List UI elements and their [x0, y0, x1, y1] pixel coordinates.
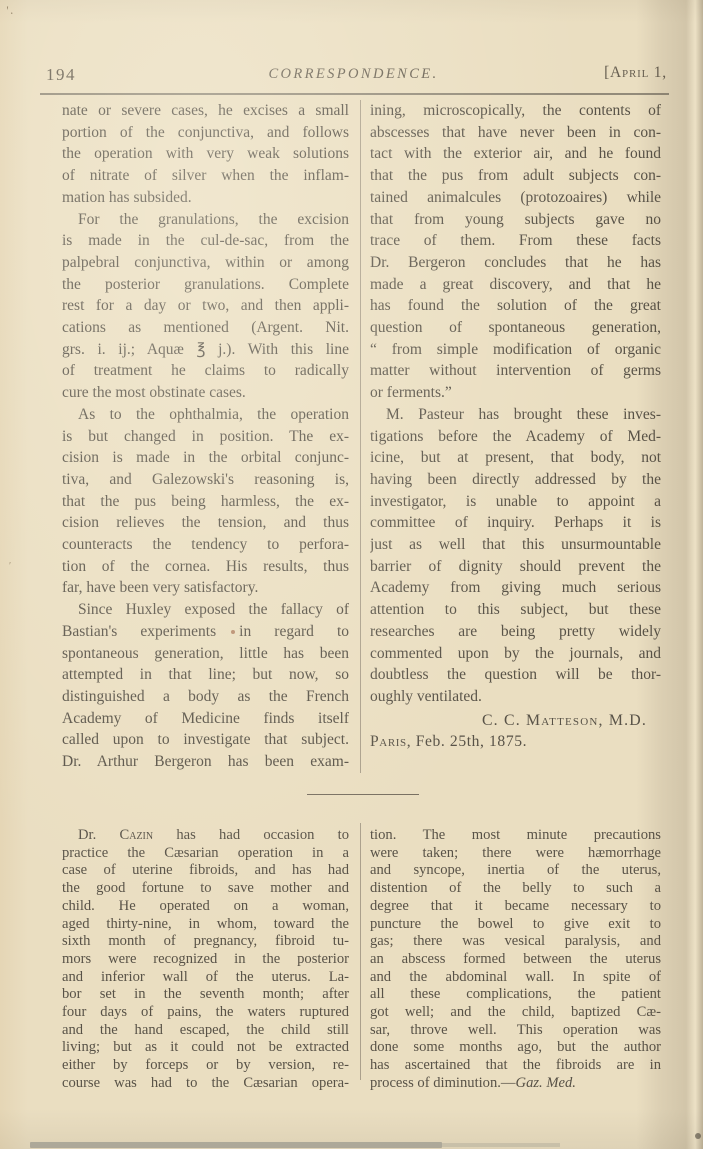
text-line: Academy from giving much serious	[370, 577, 661, 599]
text-line: bor set in the seventh month; after	[62, 986, 349, 1004]
text-line: far, have been very satisfactory.	[62, 577, 349, 599]
text-line: Dr. Cazin has had occasion to	[62, 827, 349, 845]
text-line: distention of the belly to such a	[370, 880, 661, 898]
small-caps-text: Cazin	[119, 827, 153, 843]
text-line: mation has subsided.	[62, 187, 349, 209]
text-line: nate or severe cases, he excises a small	[62, 100, 349, 122]
text-line: aged thirty-nine, in whom, toward the	[62, 916, 349, 934]
section-title: CORRESPONDENCE.	[40, 66, 667, 83]
text-line: done some months ago, but the author	[370, 1039, 661, 1057]
text-line: grs. i. ij.; Aquæ ℥ j.). With this line	[62, 339, 349, 361]
text-line: As to the ophthalmia, the operation	[62, 404, 349, 426]
top-right-column: ining, microscopically, the contents ofa…	[370, 100, 661, 753]
text-line: icine, but at present, that body, not	[370, 447, 661, 469]
text-line: course was had to the Cæsarian opera-	[62, 1075, 349, 1093]
text-line: commented upon by the journals, and	[370, 643, 661, 665]
text-line: four days of pains, the waters ruptured	[62, 1004, 349, 1022]
header-rule	[40, 93, 669, 95]
text-line: oughly ventilated.	[370, 686, 661, 708]
scan-edge-bar	[30, 1142, 442, 1148]
section-divider-rule	[307, 794, 419, 795]
text-line: the operation with very weak solutions	[62, 143, 349, 165]
text-line: tigations before the Academy of Med-	[370, 426, 661, 448]
column-divider-top	[360, 100, 361, 773]
text-line: either by forceps or by version, re-	[62, 1057, 349, 1075]
scan-corner-speck	[695, 1133, 701, 1139]
text-line: M. Pasteur has brought these inves-	[370, 404, 661, 426]
signature-dateline: Paris, Feb. 25th, 1875.	[370, 731, 661, 753]
text-line: and the hand escaped, the child still	[62, 1022, 349, 1040]
text-line: just as well that this unsurmountable	[370, 534, 661, 556]
ink-speck	[231, 630, 235, 634]
text-line: Academy of Medicine finds itself	[62, 708, 349, 730]
text-line: called upon to investigate that subject.	[62, 729, 349, 751]
margin-mark: ʹ	[9, 561, 11, 572]
paragraph: M. Pasteur has brought these inves-tigat…	[370, 404, 661, 708]
text-line: matter without intervention of germs	[370, 360, 661, 382]
text-line: has ascertained that the fibroids are in	[370, 1057, 661, 1075]
text-line: portion of the conjunctiva, and follows	[62, 122, 349, 144]
text-line: that the pus from adult subjects con-	[370, 165, 661, 187]
text-line: got well; and the child, baptized Cæ-	[370, 1004, 661, 1022]
text-line: and inferior wall of the uterus. La-	[62, 969, 349, 987]
text-line: palpebral conjunctiva, within or among	[62, 252, 349, 274]
paragraph: For the granulations, the excisionis mad…	[62, 209, 349, 404]
text-line: question of spontaneous generation,	[370, 317, 661, 339]
paragraph: As to the ophthalmia, the operationis bu…	[62, 404, 349, 599]
text-line: “ from simple modification of organic	[370, 339, 661, 361]
text-line: degree that it became necessary to	[370, 898, 661, 916]
text-line: Bastian's experiments in regard to	[62, 621, 349, 643]
journal-page: ʹ. 194 CORRESPONDENCE. [April 1, nate or…	[0, 0, 703, 1149]
issue-date: [April 1,	[604, 64, 667, 82]
text-line: is but changed in position. The ex-	[62, 426, 349, 448]
text-line: mors were recognized in the posterior	[62, 951, 349, 969]
paragraph: nate or severe cases, he excises a small…	[62, 100, 349, 209]
text-line: of treatment he claims to radically	[62, 360, 349, 382]
text-line: ining, microscopically, the contents of	[370, 100, 661, 122]
italic-text: Gaz. Med.	[516, 1075, 576, 1091]
text-line: Dr. Arthur Bergeron has been exam-	[62, 751, 349, 773]
text-line: rest for a day or two, and then appli-	[62, 295, 349, 317]
text-line: is made in the cul-de-sac, from the	[62, 230, 349, 252]
text-line: spontaneous generation, little has been	[62, 643, 349, 665]
text-line: cision relieves the tension, and thus	[62, 512, 349, 534]
text-line: the good fortune to save mother and	[62, 880, 349, 898]
text-line: doubtless the question will be thor-	[370, 664, 661, 686]
text-line: tact with the exterior air, and he found	[370, 143, 661, 165]
text-line: were taken; there were hæmorrhage	[370, 845, 661, 863]
text-line: the posterior granulations. Complete	[62, 274, 349, 296]
text-line: made a great discovery, and that he	[370, 274, 661, 296]
text-line: process of diminution.—Gaz. Med.	[370, 1075, 661, 1093]
text-line: sar, throve well. This operation was	[370, 1022, 661, 1040]
text-line: For the granulations, the excision	[62, 209, 349, 231]
scan-edge-bar-faint	[442, 1143, 560, 1147]
text-line: that from young subjects gave no	[370, 209, 661, 231]
text-line: that the pus being harmless, the ex-	[62, 491, 349, 513]
bottom-right-column: tion. The most minute precautionswere ta…	[370, 827, 661, 1093]
text-line: living; but as it could not be extracted	[62, 1039, 349, 1057]
text-line: and syncope, inertia of the uterus,	[370, 862, 661, 880]
text-line: Since Huxley exposed the fallacy of	[62, 599, 349, 621]
text-line: distinguished a body as the French	[62, 686, 349, 708]
text-line: having been directly addressed by the	[370, 469, 661, 491]
text-line: tiva, and Galezowski's reasoning is,	[62, 469, 349, 491]
top-left-column: nate or severe cases, he excises a small…	[62, 100, 349, 773]
text-line: child. He operated on a woman,	[62, 898, 349, 916]
column-divider-bottom	[360, 823, 361, 1080]
text-line: sixth month of pregnancy, fibroid tu-	[62, 933, 349, 951]
text-line: all these complications, the patient	[370, 986, 661, 1004]
text-line: attempted in that line; but now, so	[62, 664, 349, 686]
text-line: cision is made in the orbital conjunc-	[62, 447, 349, 469]
text-line: investigator, is unable to appoint a	[370, 491, 661, 513]
paragraph: Since Huxley exposed the fallacy ofBasti…	[62, 599, 349, 773]
text-line: cations as mentioned (Argent. Nit.	[62, 317, 349, 339]
signature: C. C. Matteson, M.D.	[370, 710, 661, 732]
stray-ink-mark: ʹ.	[6, 3, 15, 19]
text-line: tion. The most minute precautions	[370, 827, 661, 845]
text-line: or ferments.”	[370, 382, 661, 404]
text-line: tained animalcules (protozoaires) while	[370, 187, 661, 209]
text-line: Dr. Bergeron concludes that he has	[370, 252, 661, 274]
text-line: attention to this subject, but these	[370, 599, 661, 621]
text-line: counteracts the tendency to perfora-	[62, 534, 349, 556]
text-line: of nitrate of silver when the inflam-	[62, 165, 349, 187]
text-line: abscesses that have never been in con-	[370, 122, 661, 144]
text-line: and the abdominal wall. In spite of	[370, 969, 661, 987]
text-line: committee of inquiry. Perhaps it is	[370, 512, 661, 534]
text-line: has found the solution of the great	[370, 295, 661, 317]
paragraph: tion. The most minute precautionswere ta…	[370, 827, 661, 1093]
text-line: researches are being pretty widely	[370, 621, 661, 643]
page-header: 194 CORRESPONDENCE. [April 1,	[40, 63, 667, 89]
text-line: barrier of dignity should prevent the	[370, 556, 661, 578]
text-line: trace of them. From these facts	[370, 230, 661, 252]
paragraph: ining, microscopically, the contents ofa…	[370, 100, 661, 404]
text-line: practice the Cæsarian operation in a	[62, 845, 349, 863]
small-caps-text: Paris	[370, 733, 407, 750]
paragraph: Dr. Cazin has had occasion topractice th…	[62, 827, 349, 1093]
top-right-text: ining, microscopically, the contents ofa…	[370, 100, 661, 708]
text-line: an abscess formed between the uterus	[370, 951, 661, 969]
text-line: gas; there was vesical paralysis, and	[370, 933, 661, 951]
text-line: tion of the cornea. His results, thus	[62, 556, 349, 578]
text-line: puncture the bowel to give exit to	[370, 916, 661, 934]
text-line: cure the most obstinate cases.	[62, 382, 349, 404]
text-line: case of uterine fibroids, and has had	[62, 862, 349, 880]
bottom-left-column: Dr. Cazin has had occasion topractice th…	[62, 827, 349, 1093]
